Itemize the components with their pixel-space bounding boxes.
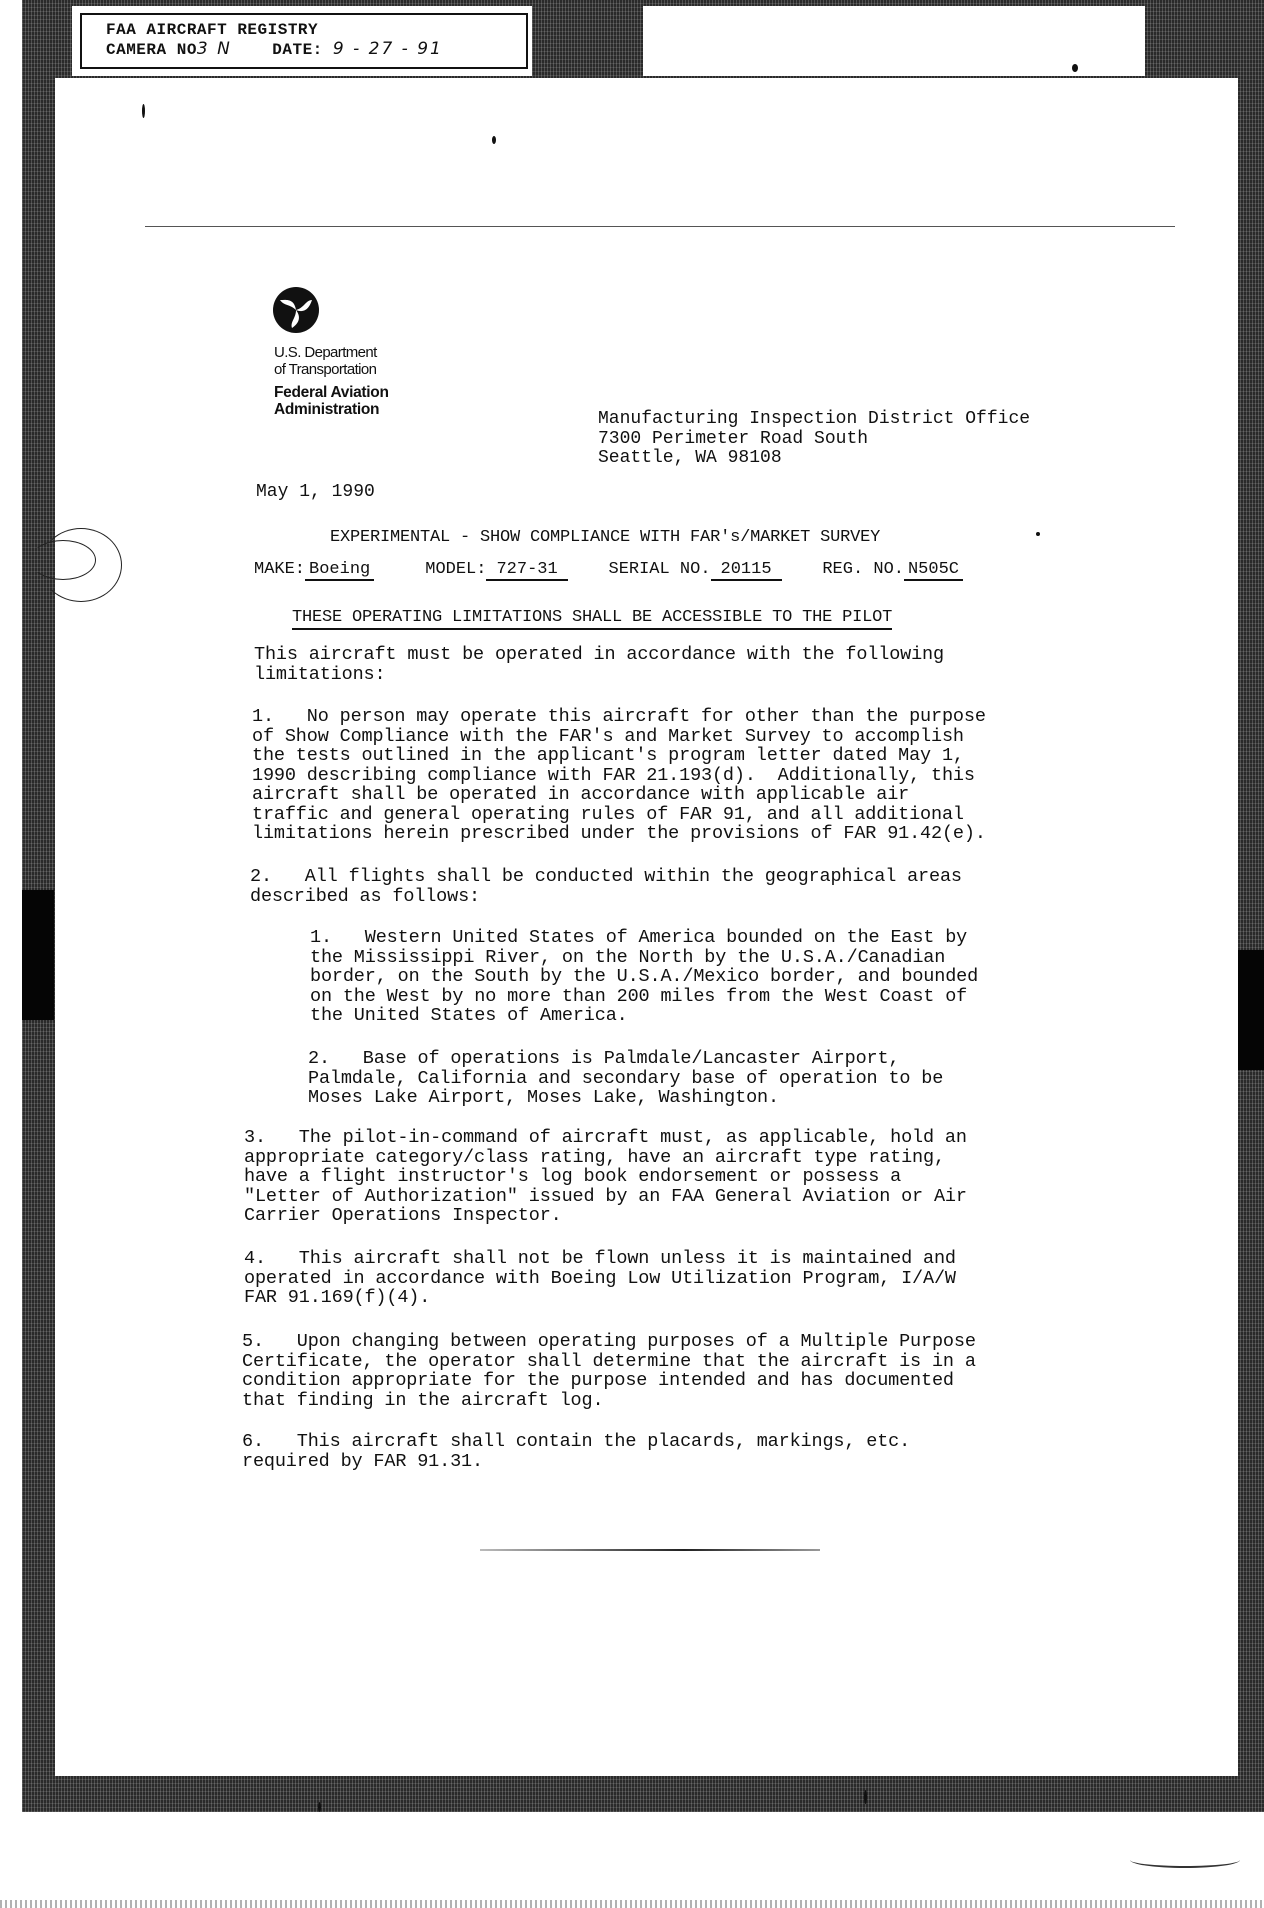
scan-edge-strip	[22, 890, 54, 1020]
aircraft-specs: MAKE:Boeing MODEL:727-31 SERIAL NO.20115…	[254, 560, 963, 581]
reg-label: REG. NO.	[822, 560, 904, 579]
limitation-4: 4. This aircraft shall not be flown unle…	[244, 1249, 956, 1308]
registry-stamp-title: FAA AIRCRAFT REGISTRY	[106, 21, 526, 40]
scan-speck	[1036, 532, 1040, 536]
limitation-2-subitem-1: 1. Western United States of America boun…	[310, 928, 978, 1026]
scan-speck	[1072, 64, 1078, 72]
model-label: MODEL:	[425, 560, 486, 579]
model-value: 727-31	[486, 560, 567, 581]
reg-value: N505C	[904, 560, 963, 581]
make-value: Boeing	[305, 560, 374, 581]
office-name: Manufacturing Inspection District Office	[598, 410, 1030, 430]
scan-header-blank	[643, 6, 1145, 76]
scan-speck	[142, 104, 145, 118]
camera-value: 3 N	[197, 39, 232, 59]
office-street: 7300 Perimeter Road South	[598, 430, 1030, 450]
serial-value: 20115	[711, 560, 782, 581]
limitation-2: 2. All flights shall be conducted within…	[250, 867, 962, 906]
scan-footer-noise	[0, 1900, 1264, 1908]
registry-stamp: FAA AIRCRAFT REGISTRY CAMERA NO3 N DATE:…	[80, 13, 528, 69]
date-label: DATE:	[272, 41, 323, 59]
limitation-2-subitem-2: 2. Base of operations is Palmdale/Lancas…	[308, 1049, 943, 1108]
serial-label: SERIAL NO.	[609, 560, 711, 579]
limitation-3-text: 3. The pilot-in-command of aircraft must…	[244, 1127, 967, 1226]
scan-speck	[318, 1802, 321, 1812]
scan-circle-mark	[30, 540, 96, 580]
agency-letterhead: U.S. Department of Transportation Federa…	[274, 344, 389, 418]
limitation-5: 5. Upon changing between operating purpo…	[242, 1332, 976, 1410]
scan-speck	[492, 136, 496, 144]
dept-line-1: U.S. Department	[274, 344, 389, 361]
limitation-6-text: 6. This aircraft shall contain the placa…	[242, 1431, 910, 1472]
limitation-6: 6. This aircraft shall contain the placa…	[242, 1432, 910, 1471]
scan-speck	[864, 1790, 867, 1804]
signature-rule-line	[480, 1549, 820, 1551]
letter-date: May 1, 1990	[256, 482, 375, 502]
registry-stamp-camera-date: CAMERA NO3 N DATE: 9 - 27 - 91	[106, 40, 526, 60]
limitation-4-text: 4. This aircraft shall not be flown unle…	[244, 1248, 956, 1308]
scan-edge-strip	[1238, 950, 1264, 1070]
agency-line-2: Administration	[274, 401, 389, 418]
scan-scribble	[1130, 1852, 1240, 1868]
dept-line-2: of Transportation	[274, 361, 389, 378]
agency-line-1: Federal Aviation	[274, 384, 389, 401]
camera-label: CAMERA NO	[106, 41, 197, 59]
pilot-notice: THESE OPERATING LIMITATIONS SHALL BE ACC…	[292, 608, 892, 630]
subject-line: EXPERIMENTAL - SHOW COMPLIANCE WITH FAR'…	[330, 528, 880, 547]
limitation-5-text: 5. Upon changing between operating purpo…	[242, 1331, 976, 1411]
scan-rule-line	[145, 226, 1175, 227]
limitation-3: 3. The pilot-in-command of aircraft must…	[244, 1128, 967, 1226]
dot-logo-icon	[272, 286, 320, 334]
office-address: Manufacturing Inspection District Office…	[598, 410, 1030, 469]
intro-paragraph: This aircraft must be operated in accord…	[254, 645, 944, 684]
limitation-1: 1. No person may operate this aircraft f…	[252, 707, 986, 844]
office-city: Seattle, WA 98108	[598, 449, 1030, 469]
date-value: 9 - 27 - 91	[333, 39, 443, 59]
make-label: MAKE:	[254, 560, 305, 579]
